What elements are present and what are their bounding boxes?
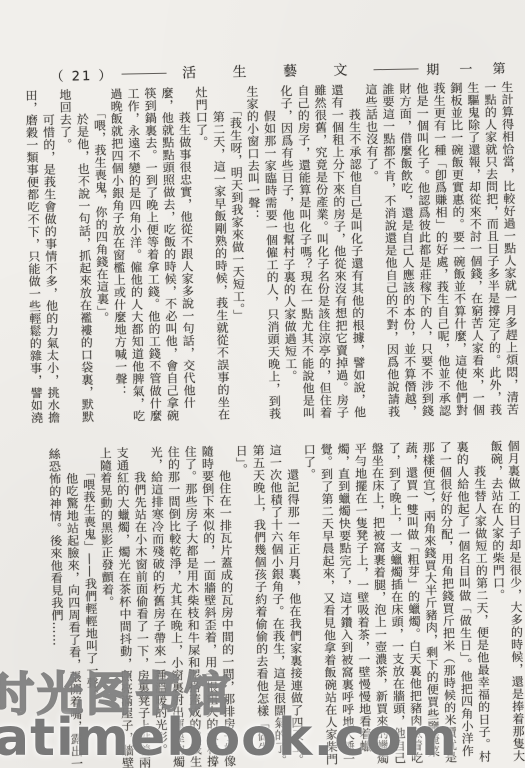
story-paragraph: 可惜的，是莪生會做的事情不多，他的力氣太小，挑水擔田，磨穀一類事便都吃不下，只能… bbox=[23, 89, 62, 435]
story-paragraph: 於是他，也不說一句話，抓起來放在襤褸的口袋裏，默默地回去了。 bbox=[56, 88, 96, 434]
story-paragraph: 生計算得相恰當，比較好過一點人家就一月多趕上煩悶，清苦一點的人家就只去問把，而且… bbox=[362, 81, 521, 429]
watermark-site-url: atimebook.com bbox=[0, 708, 458, 768]
story-paragraph: 假如那一家臨時需要一個僱工的人，只消頭天晚上，到莪生家的小窗口去叫一聲： bbox=[243, 85, 283, 431]
story-paragraph: 個月裏做工的日子却是很少，大多的時候，還是捧着那隻大飯碗，去站在人家的柴門口。 bbox=[487, 440, 525, 765]
header-rule-right bbox=[373, 68, 418, 70]
issue-label: 期 一 第 bbox=[426, 57, 514, 78]
story-paragraph: 莪生做事很忠實，他從不跟人家多說一句話，交代他什麼，他就點點頭照做去，吃飯的時候… bbox=[107, 86, 198, 432]
story-paragraph: 莪生不承認他自己是叫化子還有其他的根據，譬如說，他還有一個租上分下來的房子，他從… bbox=[277, 83, 368, 429]
scan-tilt-wrapper: （ 21 ） 活 生 藝 文 期 一 第 生計算得相恰當，比較好過一點人家就一月… bbox=[0, 0, 525, 768]
header-rule-left bbox=[121, 72, 166, 74]
scan-page: （ 21 ） 活 生 藝 文 期 一 第 生計算得相恰當，比較好過一點人家就一月… bbox=[0, 0, 525, 768]
story-top-block: 生計算得相恰當，比較好過一點人家就一月多趕上煩悶，清苦一點的人家就只去問把，而且… bbox=[23, 81, 521, 435]
story-paragraph: 第二天，這一家早飯剛熟的時候，莪生就從不誤事的坐在灶門口了。 bbox=[192, 86, 232, 432]
page-number: （ 21 ） bbox=[50, 64, 113, 84]
magazine-title: 活 生 藝 文 bbox=[182, 59, 364, 82]
